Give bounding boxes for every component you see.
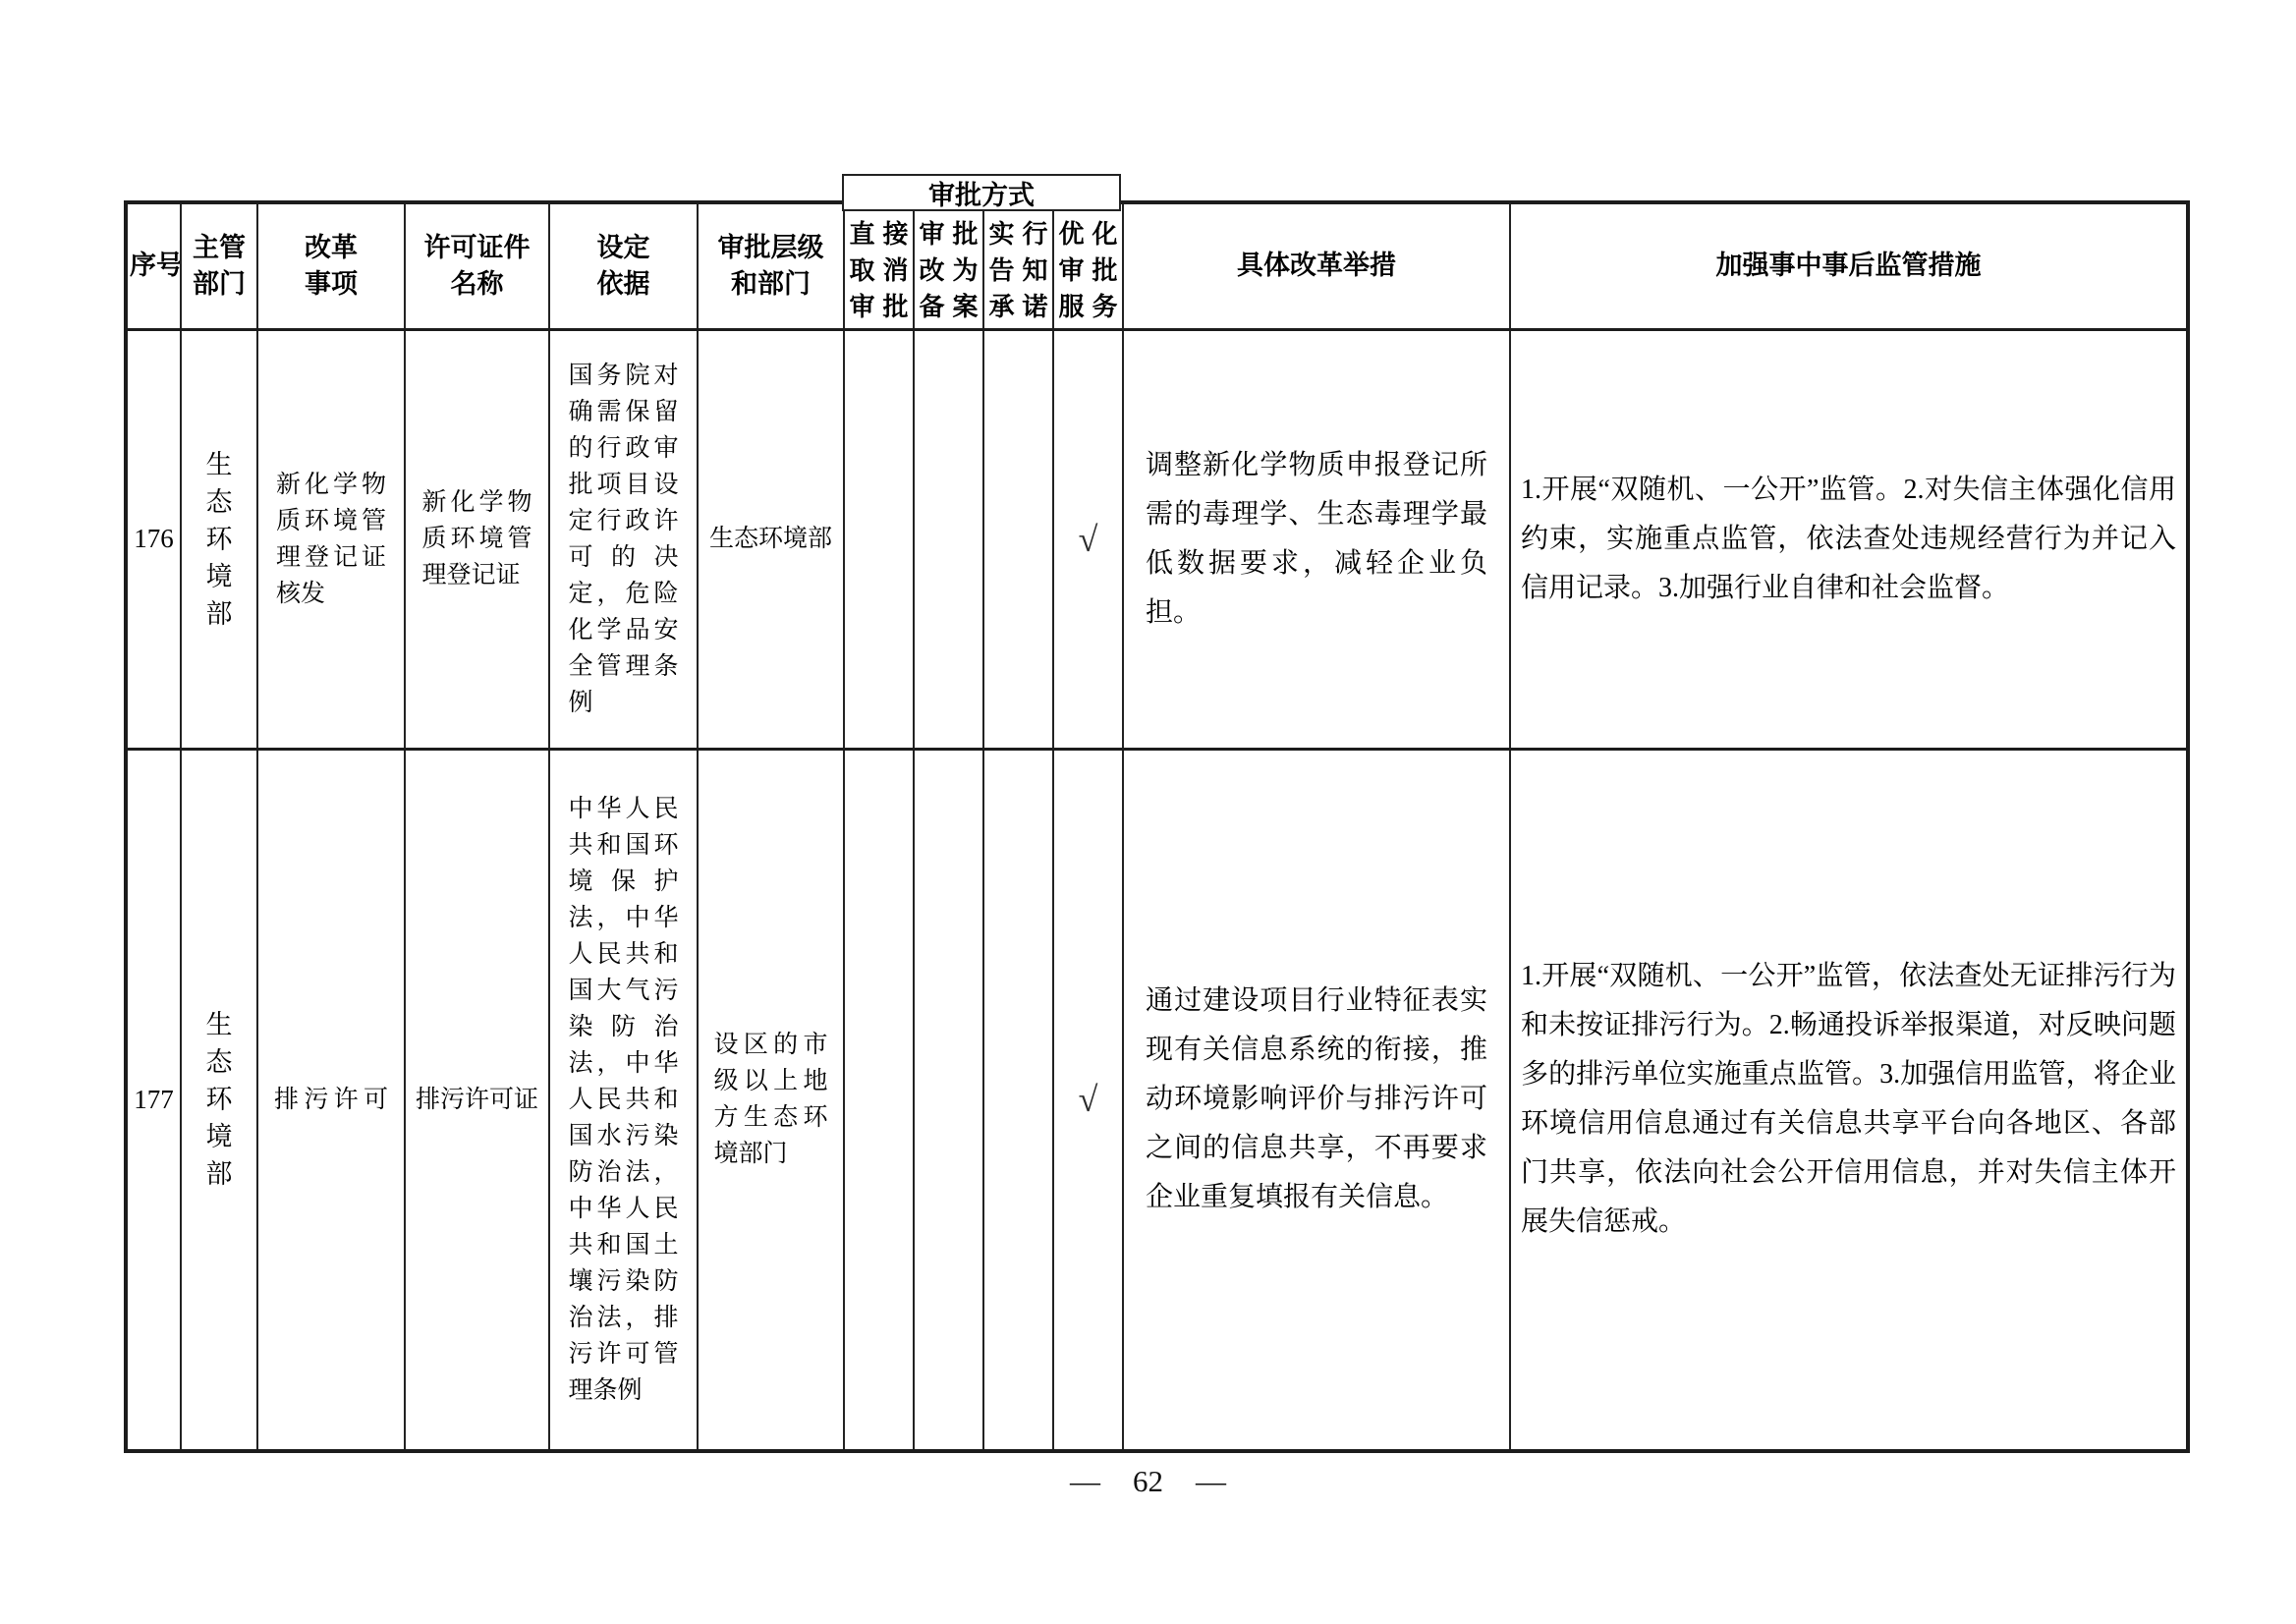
row-177-approval-level-text: 设区的市级以上地方生态环境部门 (714, 1027, 828, 1172)
header-approval-mode-group: 审批方式 (842, 174, 1121, 211)
header-basis-label: 设定依据 (595, 230, 652, 303)
row-176-mode-to-filing-cell (914, 329, 983, 749)
header-basis: 设定依据 (549, 202, 698, 329)
document-page: 审批方式 序号 主管部门 改革事项 许可证件名称 设定依据 (0, 0, 2296, 1624)
header-mode-commitment-label: 实行告知承诺 (989, 206, 1048, 325)
footer-dash-right: — (1196, 1464, 1226, 1499)
header-reform-item: 改革事项 (257, 202, 405, 329)
header-mode-optimize-label: 优化审批服务 (1059, 206, 1118, 325)
row-176-basis-cell: 国务院对确需保留的行政审批项目设定行政许可的决定，危险化学品安全管理条例 (549, 329, 698, 749)
row-176-dept-cell: 生态环境部 (181, 329, 257, 749)
row-176-seq-cell: 176 (126, 329, 181, 749)
row-176-reform-item-cell: 新化学物质环境管理登记证核发 (257, 329, 405, 749)
header-supervision-label: 加强事中事后监管措施 (1716, 251, 1982, 280)
page-number: 62 (1133, 1464, 1163, 1499)
header-approval-level-label: 审批层级和部门 (716, 230, 826, 303)
header-dept-label: 主管部门 (191, 230, 248, 303)
row-177-license-name-cell: 排污许可证 (405, 749, 549, 1451)
row-176-basis-text: 国务院对确需保留的行政审批项目设定行政许可的决定，危险化学品安全管理条例 (569, 358, 679, 721)
header-license-name: 许可证件名称 (405, 202, 549, 329)
header-measures-label: 具体改革举措 (1237, 251, 1396, 280)
header-seq: 序号 (126, 202, 181, 329)
row-177-dept-cell: 生态环境部 (181, 749, 257, 1451)
header-mode-commitment: 实行告知承诺 (983, 202, 1053, 329)
header-measures: 具体改革举措 (1123, 202, 1510, 329)
row-177-optimize-checkmark: √ (1053, 749, 1123, 1451)
row-177-basis-cell: 中华人民共和国环境保护法，中华人民共和国大气污染防治法，中华人民共和国水污染防治… (549, 749, 698, 1451)
row-177-mode-to-filing-cell (914, 749, 983, 1451)
table-row-176: 176 生态环境部 新化学物质环境管理登记证核发 新化学物质环境管理登记证 国务… (126, 329, 2188, 749)
header-reform-item-label: 改革事项 (303, 230, 360, 303)
row-177-basis-text: 中华人民共和国环境保护法，中华人民共和国大气污染防治法，中华人民共和国水污染防治… (569, 791, 679, 1409)
header-mode-cancel: 直接取消审批 (844, 202, 914, 329)
row-176-reform-item-text: 新化学物质环境管理登记证核发 (276, 467, 386, 612)
row-176-license-name-text: 新化学物质环境管理登记证 (422, 484, 532, 593)
row-177-seq-cell: 177 (126, 749, 181, 1451)
header-seq-label: 序号 (128, 248, 181, 284)
row-177-approval-level-cell: 设区的市级以上地方生态环境部门 (698, 749, 844, 1451)
row-177-mode-cancel-cell (844, 749, 914, 1451)
header-mode-cancel-label: 直接取消审批 (850, 206, 909, 325)
reform-items-table: 序号 主管部门 改革事项 许可证件名称 设定依据 审批层级和部门 直接取消审批 … (124, 200, 2190, 1453)
header-supervision: 加强事中事后监管措施 (1510, 202, 2188, 329)
table-row-177: 177 生态环境部 排污许可 排污许可证 中华人民共和国环境保护法，中华人民共和… (126, 749, 2188, 1451)
row-176-mode-cancel-cell (844, 329, 914, 749)
header-approval-level: 审批层级和部门 (698, 202, 844, 329)
row-176-license-name-cell: 新化学物质环境管理登记证 (405, 329, 549, 749)
row-176-measures-cell: 调整新化学物质申报登记所需的毒理学、生态毒理学最低数据要求，减轻企业负担。 (1123, 329, 1510, 749)
row-176-optimize-checkmark: √ (1053, 329, 1123, 749)
header-mode-optimize: 优化审批服务 (1053, 202, 1123, 329)
header-mode-to-filing: 审批改为备案 (914, 202, 983, 329)
row-176-supervision-cell: 1.开展“双随机、一公开”监管。2.对失信主体强化信用约束，实施重点监管，依法查… (1510, 329, 2188, 749)
page-footer: — 62 — (0, 1464, 2296, 1499)
row-177-reform-item-text: 排污许可 (274, 1082, 388, 1118)
row-177-supervision-cell: 1.开展“双随机、一公开”监管，依法查处无证排污行为和未按证排污行为。2.畅通投… (1510, 749, 2188, 1451)
row-177-dept-text: 生态环境部 (204, 1006, 234, 1193)
row-176-mode-commitment-cell (983, 329, 1053, 749)
footer-dash-left: — (1070, 1464, 1100, 1499)
row-177-mode-commitment-cell (983, 749, 1053, 1451)
header-license-name-label: 许可证件名称 (422, 230, 532, 303)
row-177-measures-cell: 通过建设项目行业特征表实现有关信息系统的衔接，推动环境影响评价与排污许可之间的信… (1123, 749, 1510, 1451)
row-176-approval-level-cell: 生态环境部 (698, 329, 844, 749)
header-mode-to-filing-label: 审批改为备案 (920, 206, 979, 325)
row-176-dept-text: 生态环境部 (204, 446, 234, 633)
table-header-row: 序号 主管部门 改革事项 许可证件名称 设定依据 审批层级和部门 直接取消审批 … (126, 202, 2188, 329)
header-dept: 主管部门 (181, 202, 257, 329)
row-177-reform-item-cell: 排污许可 (257, 749, 405, 1451)
